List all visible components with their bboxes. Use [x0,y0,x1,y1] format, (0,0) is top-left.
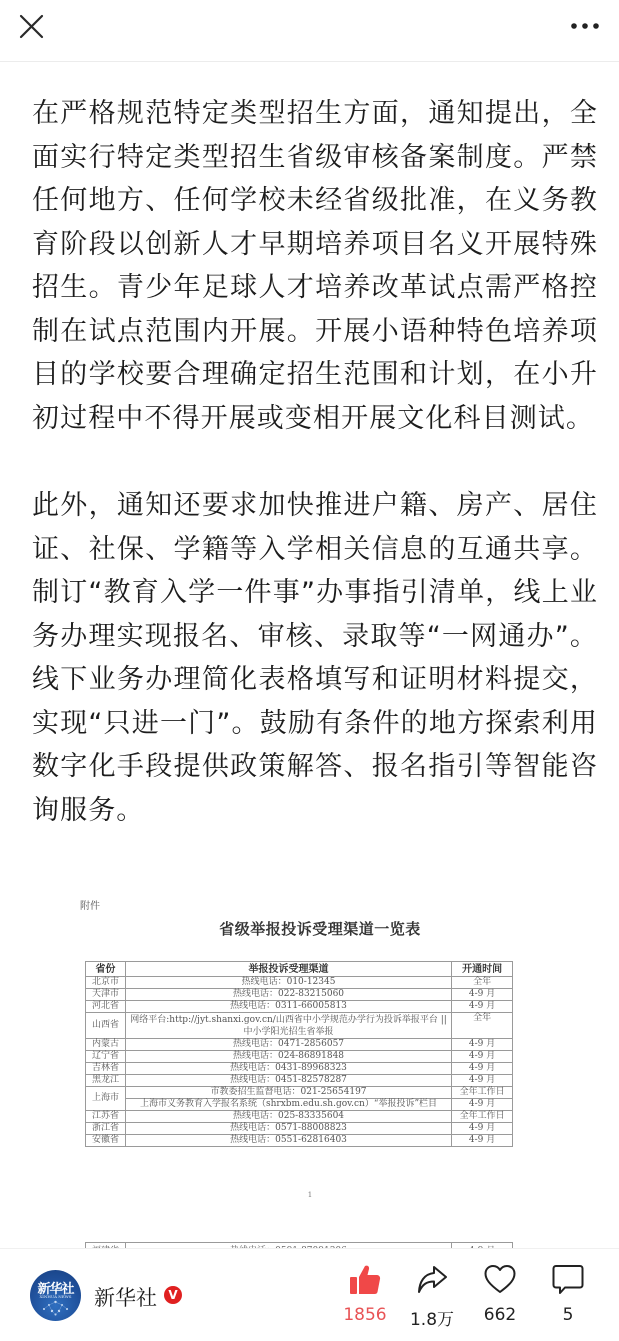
cell-time: 全年 [452,1013,513,1039]
cell-channel: 热线电话：024-86891848 [125,1051,451,1063]
table-row: 辽宁省 热线电话：024-86891848 4-9 月 [86,1051,513,1063]
verified-badge-icon: V [164,1286,182,1304]
header-province: 省份 [86,962,126,977]
cell-province: 辽宁省 [86,1051,126,1063]
share-arrow-icon [415,1263,449,1297]
more-options-button[interactable] [567,12,603,40]
cell-time: 全年 [452,977,513,989]
more-horizontal-icon [567,12,603,40]
cell-channel: 市教委招生监督电话：021-25654197 [125,1087,451,1099]
cell-time: 4-9 月 [452,1001,513,1013]
header-time: 开通时间 [452,962,513,977]
comment-button[interactable]: 5 [538,1263,598,1333]
cell-province: 安徽省 [86,1135,126,1147]
cell-province: 天津市 [86,989,126,1001]
cell-time: 4-9 月 [452,1099,513,1111]
cell-channel: 上海市义务教育入学报名系统（shrxbm.edu.sh.gov.cn）“举报投诉… [125,1099,451,1111]
table-row: 吉林省 热线电话：0431-89968323 4-9 月 [86,1063,513,1075]
cell-channel: 热线电话：0551-62816403 [125,1135,451,1147]
cell-time: 4-9 月 [452,1039,513,1051]
table-row: 内蒙古 热线电话：0471-2856057 4-9 月 [86,1039,513,1051]
cell-time: 全年工作日 [452,1111,513,1123]
cell-province: 上海市 [86,1087,126,1111]
table-row: 黑龙江 热线电话：0451-82578287 4-9 月 [86,1075,513,1087]
cell-province: 黑龙江 [86,1075,126,1087]
table-row: 浙江省 热线电话：0571-88008823 4-9 月 [86,1123,513,1135]
report-channels-table: 省份 举报投诉受理渠道 开通时间 北京市 热线电话：010-12345 全年 天… [85,961,513,1147]
article-paragraph: 此外，通知还要求加快推进户籍、房产、居住证、社保、学籍等入学相关信息的互通共享。… [32,484,598,832]
table-row: 天津市 热线电话：022-83215060 4-9 月 [86,989,513,1001]
annex-label: 附件 [80,897,100,912]
cell-province: 北京市 [86,977,126,989]
cell-time: 4-9 月 [452,1063,513,1075]
close-button[interactable] [16,11,48,43]
article-body: 在严格规范特定类型招生方面，通知提出，全面实行特定类型招生省级审核备案制度。严禁… [32,92,598,832]
avatar[interactable]: 新华社 XINHUA NEWS [30,1270,81,1321]
network-dots-icon [40,1300,71,1316]
cell-time: 4-9 月 [452,1051,513,1063]
bottom-action-bar: 新华社 XINHUA NEWS 新华社 V 1856 1.8万 [0,1248,619,1341]
cell-channel: 热线电话：0431-89968323 [125,1063,451,1075]
cell-channel: 热线电话：0571-88008823 [125,1123,451,1135]
article-paragraph: 在严格规范特定类型招生方面，通知提出，全面实行特定类型招生省级审核备案制度。严禁… [32,92,598,440]
cell-time: 4-9 月 [452,1135,513,1147]
page-number: 1 [60,1191,560,1199]
table-row: 山西省 网络平台:http://jyt.shanxi.gov.cn/山西省中小学… [86,1013,513,1039]
cell-channel: 热线电话：025-83335604 [125,1111,451,1123]
table-row: 上海市义务教育入学报名系统（shrxbm.edu.sh.gov.cn）“举报投诉… [86,1099,513,1111]
cell-province: 浙江省 [86,1123,126,1135]
table-row: 安徽省 热线电话：0551-62816403 4-9 月 [86,1135,513,1147]
cell-channel: 热线电话：0311-66005813 [125,1001,451,1013]
cell-channel: 热线电话：010-12345 [125,977,451,989]
cell-province: 山西省 [86,1013,126,1039]
avatar-logo-subtext: XINHUA NEWS [30,1294,81,1299]
heart-icon [483,1263,517,1297]
cell-province: 内蒙古 [86,1039,126,1051]
cell-channel: 热线电话：0471-2856057 [125,1039,451,1051]
cell-channel: 热线电话：022-83215060 [125,989,451,1001]
share-count: 1.8万 [402,1305,462,1330]
like-button[interactable]: 1856 [335,1263,395,1333]
share-button[interactable]: 1.8万 [402,1263,462,1333]
cell-channel: 热线电话：0451-82578287 [125,1075,451,1087]
comment-count: 5 [538,1305,598,1325]
document-image[interactable]: 附件 省级举报投诉受理渠道一览表 省份 举报投诉受理渠道 开通时间 北京市 热线… [60,880,560,1250]
like-count: 1856 [335,1305,395,1325]
cell-time: 4-9 月 [452,1075,513,1087]
document-title: 省级举报投诉受理渠道一览表 [60,918,520,939]
favorite-count: 662 [470,1305,530,1325]
favorite-button[interactable]: 662 [470,1263,530,1333]
table-row: 北京市 热线电话：010-12345 全年 [86,977,513,989]
comment-bubble-icon [551,1263,585,1297]
cell-province: 江苏省 [86,1111,126,1123]
table-row: 江苏省 热线电话：025-83335604 全年工作日 [86,1111,513,1123]
top-bar [0,0,619,62]
table-row: 河北省 热线电话：0311-66005813 4-9 月 [86,1001,513,1013]
account-name[interactable]: 新华社 [94,1282,157,1312]
table-row: 上海市 市教委招生监督电话：021-25654197 全年工作日 [86,1087,513,1099]
cell-channel: 网络平台:http://jyt.shanxi.gov.cn/山西省中小学规范办学… [125,1013,451,1039]
thumbs-up-icon [348,1263,382,1297]
cell-province: 河北省 [86,1001,126,1013]
cell-province: 吉林省 [86,1063,126,1075]
cell-time: 4-9 月 [452,989,513,1001]
cell-time: 全年工作日 [452,1087,513,1099]
table-header-row: 省份 举报投诉受理渠道 开通时间 [86,962,513,977]
close-icon [16,11,48,43]
header-channel: 举报投诉受理渠道 [125,962,451,977]
cell-time: 4-9 月 [452,1123,513,1135]
